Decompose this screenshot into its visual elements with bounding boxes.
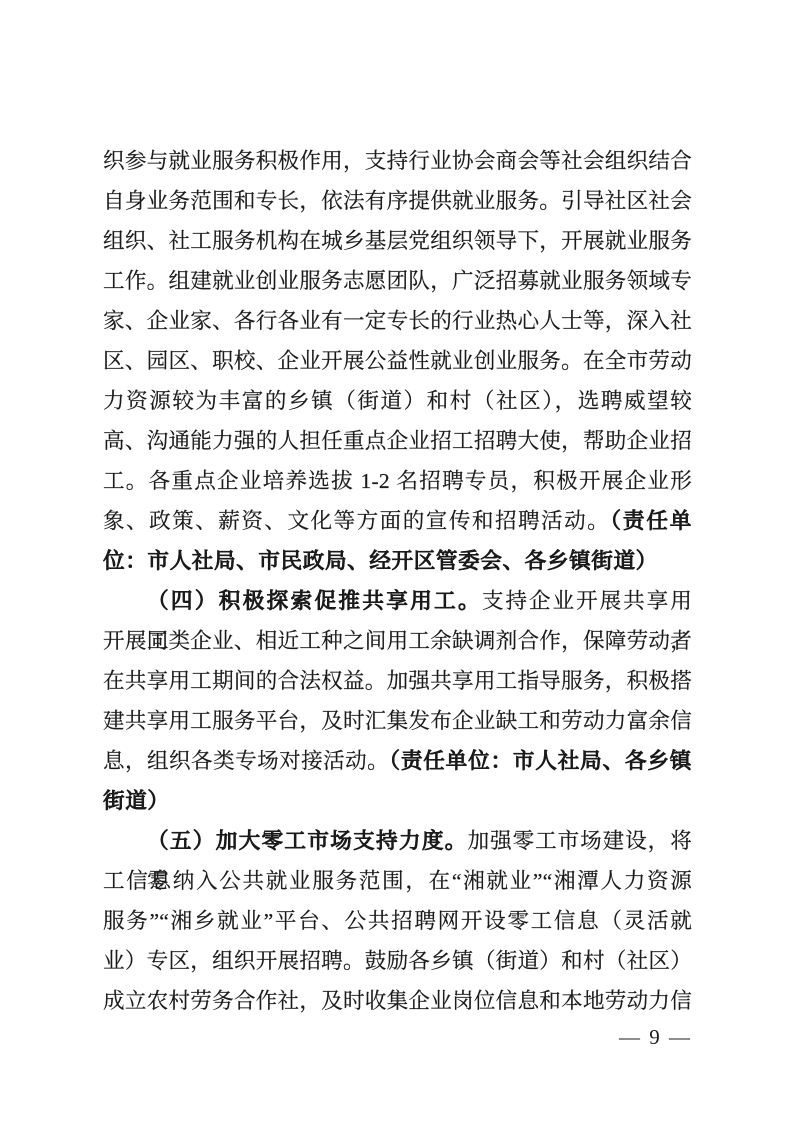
text-segment: 自身业务范围和专长，依法有序提供就业服务。引导社区社会 [103, 189, 692, 213]
text-segment: 织参与就业服务积极作用，支持行业协会商会等社会组织结合 [103, 149, 692, 173]
text-line: 业）专区，组织开展招聘。鼓励各乡镇（街道）和村（社区） [103, 941, 692, 981]
text-segment: 开展同类企业、相近工种之间用工余缺调剂合作，保障劳动者 [103, 629, 692, 653]
text-line: （四）积极探索促推共享用工。支持企业开展共享用工， [103, 581, 692, 621]
text-line: 工。各重点企业培养选拔 1-2 名招聘专员，积极开展企业形 [103, 461, 692, 501]
text-line: 息，组织各类专场对接活动。（责任单位：市人社局、各乡镇 [103, 741, 692, 781]
bold-text-segment: 位：市人社局、市民政局、经开区管委会、各乡镇街道） [103, 548, 658, 573]
text-segment: 家、企业家、各行各业有一定专长的行业热心人士等，深入社 [103, 309, 692, 333]
text-line: （五）加大零工市场支持力度。加强零工市场建设，将零 [103, 821, 692, 861]
bold-text-segment: （责任单 [610, 508, 692, 533]
text-line: 服务”“湘乡就业”平台、公共招聘网开设零工信息（灵活就 [103, 901, 692, 941]
text-segment: 力资源较为丰富的乡镇（街道）和村（社区），选聘威望较 [103, 389, 692, 413]
text-segment: 工信息纳入公共就业服务范围，在“湘就业”“湘潭人力资源 [103, 869, 692, 893]
text-line: 成立农村劳务合作社，及时收集企业岗位信息和本地劳动力信 [103, 981, 692, 1021]
text-line: 街道） [103, 781, 692, 821]
text-segment: 业）专区，组织开展招聘。鼓励各乡镇（街道）和村（社区） [103, 949, 692, 973]
text-segment: 组织、社工服务机构在城乡基层党组织领导下，开展就业服务 [103, 229, 692, 253]
text-segment: 工作。组建就业创业服务志愿团队，广泛招募就业服务领域专 [103, 269, 692, 293]
text-segment: 区、园区、职校、企业开展公益性就业创业服务。在全市劳动 [103, 349, 692, 373]
text-segment: 工。各重点企业培养选拔 1-2 名招聘专员，积极开展企业形 [103, 469, 692, 493]
document-body: 织参与就业服务积极作用，支持行业协会商会等社会组织结合自身业务范围和专长，依法有… [103, 141, 692, 1021]
text-line: 建共享用工服务平台，及时汇集发布企业缺工和劳动力富余信 [103, 701, 692, 741]
text-line: 组织、社工服务机构在城乡基层党组织领导下，开展就业服务 [103, 221, 692, 261]
text-line: 家、企业家、各行各业有一定专长的行业热心人士等，深入社 [103, 301, 692, 341]
text-segment: 息，组织各类专场对接活动。 [103, 749, 389, 773]
document-page: 织参与就业服务积极作用，支持行业协会商会等社会组织结合自身业务范围和专长，依法有… [0, 0, 793, 1122]
bold-text-segment: （四）积极探索促推共享用工。 [147, 588, 482, 613]
text-line: 位：市人社局、市民政局、经开区管委会、各乡镇街道） [103, 541, 692, 581]
text-segment: 成立农村劳务合作社，及时收集企业岗位信息和本地劳动力信 [103, 989, 692, 1013]
text-line: 自身业务范围和专长，依法有序提供就业服务。引导社区社会 [103, 181, 692, 221]
bold-text-segment: 街道） [103, 788, 170, 813]
text-line: 织参与就业服务积极作用，支持行业协会商会等社会组织结合 [103, 141, 692, 181]
bold-text-segment: （责任单位：市人社局、各乡镇 [389, 748, 692, 773]
text-line: 开展同类企业、相近工种之间用工余缺调剂合作，保障劳动者 [103, 621, 692, 661]
text-line: 在共享用工期间的合法权益。加强共享用工指导服务，积极搭 [103, 661, 692, 701]
page-number: — 9 — [619, 1022, 692, 1052]
text-segment: 象、政策、薪资、文化等方面的宣传和招聘活动。 [103, 509, 610, 533]
text-segment: 服务”“湘乡就业”平台、公共招聘网开设零工信息（灵活就 [103, 909, 692, 933]
text-line: 高、沟通能力强的人担任重点企业招工招聘大使，帮助企业招 [103, 421, 692, 461]
text-line: 工信息纳入公共就业服务范围，在“湘就业”“湘潭人力资源 [103, 861, 692, 901]
text-line: 象、政策、薪资、文化等方面的宣传和招聘活动。（责任单 [103, 501, 692, 541]
bold-text-segment: （五）加大零工市场支持力度。 [147, 828, 468, 853]
text-segment: 高、沟通能力强的人担任重点企业招工招聘大使，帮助企业招 [103, 429, 692, 453]
text-line: 力资源较为丰富的乡镇（街道）和村（社区），选聘威望较 [103, 381, 692, 421]
text-segment: 在共享用工期间的合法权益。加强共享用工指导服务，积极搭 [103, 669, 692, 693]
text-segment: 建共享用工服务平台，及时汇集发布企业缺工和劳动力富余信 [103, 709, 692, 733]
text-line: 区、园区、职校、企业开展公益性就业创业服务。在全市劳动 [103, 341, 692, 381]
text-line: 工作。组建就业创业服务志愿团队，广泛招募就业服务领域专 [103, 261, 692, 301]
